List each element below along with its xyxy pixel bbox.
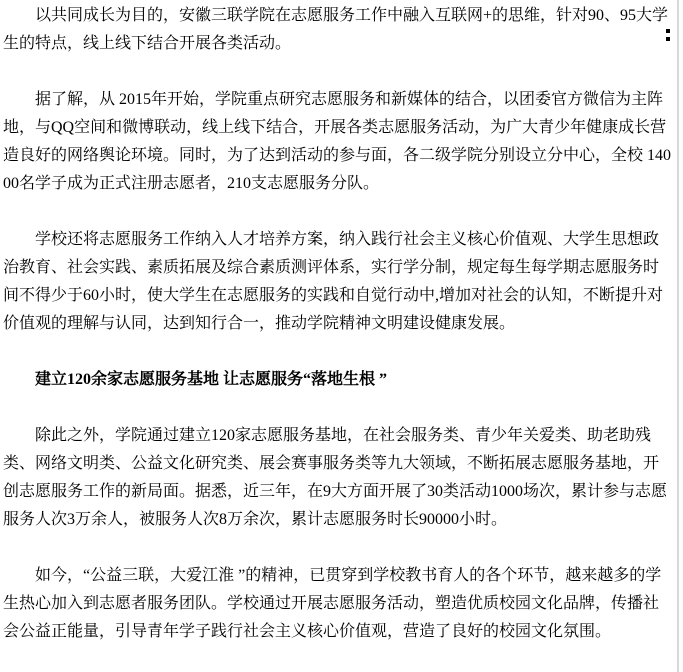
article-body: 以共同成长为目的，安徽三联学院在志愿服务工作中融入互联网+的思维，针对90、95…	[3, 2, 674, 672]
page-edge-strip	[679, 0, 683, 672]
paragraph-intro: 以共同成长为目的，安徽三联学院在志愿服务工作中融入互联网+的思维，针对90、95…	[3, 2, 674, 58]
document-page: 以共同成长为目的，安徽三联学院在志愿服务工作中融入互联网+的思维，针对90、95…	[0, 0, 683, 672]
section-heading: 建立120余家志愿服务基地 让志愿服务“落地生根 ”	[3, 366, 674, 394]
clipped-character-artifact	[666, 29, 670, 42]
paragraph-history: 据了解，从 2015年开始，学院重点研究志愿服务和新媒体的结合，以团委官方微信为…	[3, 86, 674, 198]
paragraph-bases: 除此之外，学院通过建立120家志愿服务基地，在社会服务类、青少年关爱类、助老助残…	[3, 422, 674, 534]
paragraph-curriculum: 学校还将志愿服务工作纳入人才培养方案，纳入践行社会主义核心价值观、大学生思想政治…	[3, 226, 674, 338]
paragraph-conclusion: 如今，“公益三联，大爱江淮 ”的精神，已贯穿到学校教书育人的各个环节，越来越多的…	[3, 562, 674, 646]
page-edge-rule	[677, 0, 679, 672]
